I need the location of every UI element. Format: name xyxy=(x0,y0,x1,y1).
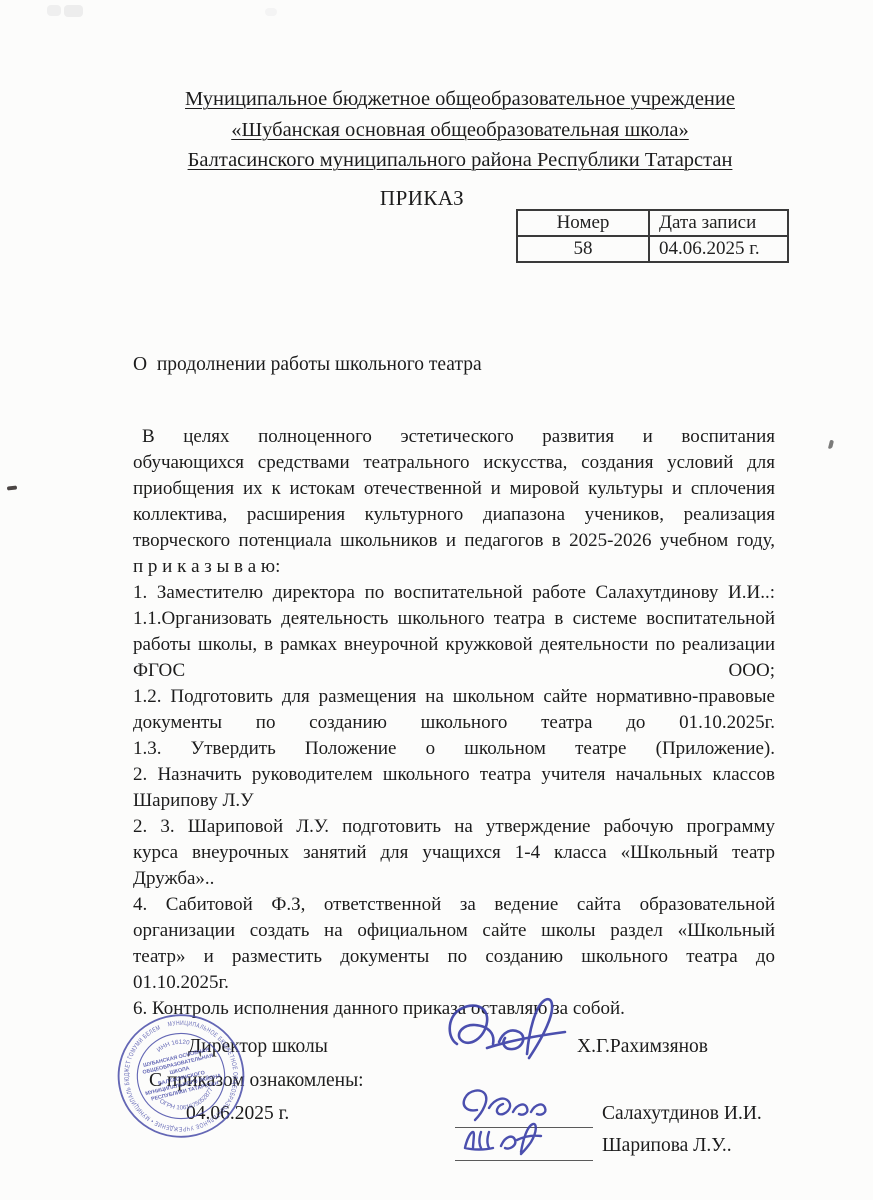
order-meta-table: Номер Дата записи 58 04.06.2025 г. xyxy=(516,209,789,263)
body-line: документы по созданию школьного театра д… xyxy=(133,710,775,736)
body-line: 1.3. Утвердить Положение о школьном теат… xyxy=(133,736,775,762)
org-name-line-3: Балтасинского муниципального района Респ… xyxy=(110,145,810,176)
body-line: обучающихся средствами театрального иску… xyxy=(133,450,775,476)
body-line: 1.2. Подготовить для размещения на школь… xyxy=(133,684,775,710)
body-line: 1.1.Организовать деятельность школьного … xyxy=(133,606,775,632)
order-title: ПРИКАЗ xyxy=(0,186,844,211)
order-subject: О продолнении работы школьного театра xyxy=(133,354,482,376)
scan-artifact xyxy=(7,485,17,490)
ack-signature-2 xyxy=(455,1118,575,1162)
ack-2-name: Шарипова Л.У.. xyxy=(602,1135,732,1157)
org-name-line-1: Муниципальное бюджетное общеобразователь… xyxy=(110,84,810,115)
table-row: 58 04.06.2025 г. xyxy=(517,236,788,262)
body-line: Шарипову Л.У xyxy=(133,788,775,814)
body-line: Дружба».. xyxy=(133,866,775,892)
col-header-number: Номер xyxy=(517,210,649,236)
scan-artifact xyxy=(828,440,834,450)
order-date: 04.06.2025 г. xyxy=(649,236,788,262)
scanned-order-page: Муниципальное бюджетное общеобразователь… xyxy=(0,0,873,1200)
ack-1-name: Салахутдинов И.И. xyxy=(602,1103,762,1125)
body-line: п р и к а з ы в а ю: xyxy=(133,554,775,580)
body-line: творческого потенциала школьников и педа… xyxy=(133,528,775,554)
body-line: коллектива, расширения культурного диапа… xyxy=(133,502,775,528)
col-header-date: Дата записи xyxy=(649,210,788,236)
director-name: Х.Г.Рахимзянов xyxy=(577,1036,708,1058)
org-name-line-2: «Шубанская основная общеобразовательная … xyxy=(110,115,810,146)
body-line: 2. Назначить руководителем школьного теа… xyxy=(133,762,775,788)
order-number: 58 xyxy=(517,236,649,262)
body-line: организации создать на официальном сайте… xyxy=(133,918,775,944)
body-line: работы школы, в рамках внеурочной кружко… xyxy=(133,632,775,658)
body-line: 2. 3. Шариповой Л.У. подготовить на утве… xyxy=(133,814,775,840)
body-line: 4. Сабитовой Ф.З, ответственной за веден… xyxy=(133,892,775,918)
scan-artifact xyxy=(265,8,277,16)
body-line: ФГОС ООО; xyxy=(133,658,775,684)
body-line: театр» и разместить документы по создани… xyxy=(133,944,775,970)
scan-artifact xyxy=(64,5,83,17)
scan-artifact xyxy=(47,5,61,16)
body-line: приобщения их к истокам отечественной и … xyxy=(133,476,775,502)
body-line: курса внеурочных занятий для учащихся 1-… xyxy=(133,840,775,866)
school-seal-stamp: МУНИЦИПАЛЬНОЕ БЮДЖЕТНОЕ ОБЩЕОБРАЗОВАТЕЛЬ… xyxy=(103,1000,259,1152)
table-header-row: Номер Дата записи xyxy=(517,210,788,236)
document-header: Муниципальное бюджетное общеобразователь… xyxy=(110,84,810,176)
order-body: В целях полноценного эстетического разви… xyxy=(133,424,775,1022)
director-signature xyxy=(443,992,575,1076)
body-line: 1. Заместителю директора по воспитательн… xyxy=(133,580,775,606)
body-line: В целях полноценного эстетического разви… xyxy=(133,424,775,450)
